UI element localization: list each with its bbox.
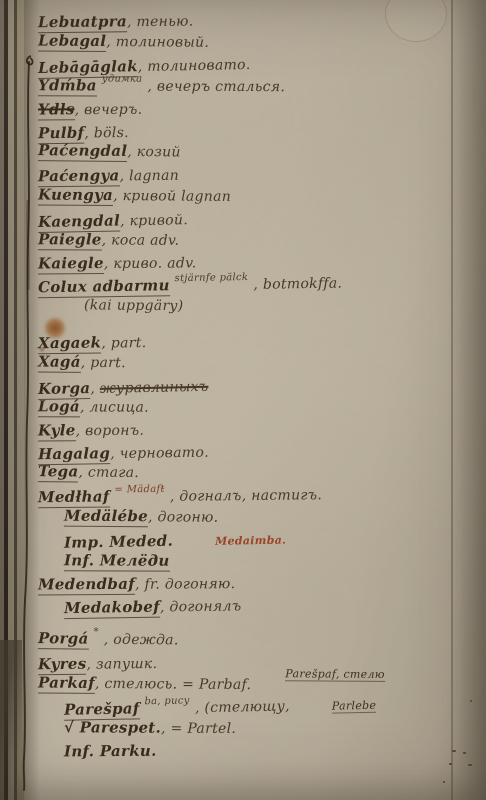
entry-gloss: fr. догоняю. bbox=[144, 576, 235, 593]
entry-gloss: böls. bbox=[94, 125, 129, 142]
separator: , bbox=[120, 213, 130, 229]
separator: , bbox=[148, 509, 158, 525]
entry-gloss: кривой lagnan bbox=[123, 188, 232, 205]
entry-headword: Logá bbox=[38, 397, 80, 417]
separator: , bbox=[81, 355, 91, 371]
manuscript-line: Medakobef, догонялъ bbox=[64, 592, 458, 620]
manuscript-photo: Lebuatpra, тенью.Lebagal, толиновый.Lebā… bbox=[0, 0, 486, 800]
entry-headword: √ Parespet. bbox=[64, 718, 161, 736]
interlinear-note: * bbox=[94, 627, 99, 638]
entry-gloss: догоню. bbox=[157, 509, 218, 525]
entry-list: Lebuatpra, тенью.Lebagal, толиновый.Lebā… bbox=[38, 10, 458, 762]
marginal-note: Parlebe bbox=[332, 699, 377, 714]
entry-headword: Ydḿba bbox=[38, 76, 97, 96]
separator: , bbox=[110, 446, 120, 462]
entry-headword: Paćengdal bbox=[38, 141, 127, 162]
separator: , bbox=[253, 277, 263, 293]
separator: , bbox=[119, 168, 129, 184]
separator: , bbox=[104, 256, 114, 272]
page-edge-curl bbox=[0, 640, 22, 800]
red-ink-note: Medaimba. bbox=[215, 534, 286, 548]
manuscript-line: Inf. Мелёди bbox=[64, 550, 458, 573]
entry-headword: Parkaf bbox=[38, 674, 95, 694]
separator: , bbox=[102, 232, 112, 248]
entry-headword: Medälébe bbox=[64, 507, 148, 528]
entry-headword: Paiegle bbox=[38, 230, 102, 250]
entry-gloss: вечеръ. bbox=[84, 102, 142, 118]
entry-headword: Kyle bbox=[38, 421, 76, 441]
separator: , bbox=[106, 34, 116, 50]
entry-headword: Tega bbox=[38, 462, 79, 482]
separator: , bbox=[127, 144, 137, 160]
manuscript-line: √ Parespet., = Partel. bbox=[64, 717, 458, 740]
entry-gloss: part. bbox=[111, 335, 147, 351]
separator: , bbox=[74, 102, 84, 118]
entry-headword: Imp. Meded. bbox=[64, 532, 173, 552]
entry-headword: Inf. Parku. bbox=[64, 742, 157, 761]
ink-speck bbox=[470, 700, 472, 702]
entry-gloss: криво. adv. bbox=[113, 255, 196, 272]
interlinear-note: удимка bbox=[102, 73, 143, 84]
interlinear-note: = Mädafŧ bbox=[114, 484, 164, 496]
entry-gloss: botmokffa. bbox=[263, 276, 343, 293]
entry-gloss: part. bbox=[90, 355, 126, 371]
entry-gloss: толиновато. bbox=[147, 57, 251, 75]
entry-gloss: догонялъ bbox=[169, 598, 241, 615]
entry-gloss: коса adv. bbox=[111, 233, 179, 249]
entry-gloss: черновато. bbox=[120, 445, 210, 462]
separator: , bbox=[78, 465, 88, 481]
entry-gloss: лисица. bbox=[89, 399, 149, 415]
separator: , bbox=[86, 657, 96, 673]
separator: , bbox=[161, 721, 171, 737]
entry-gloss: толиновый. bbox=[116, 34, 209, 51]
entry-gloss: кривой. bbox=[129, 212, 188, 229]
entry-headword: Kaiegle bbox=[38, 254, 104, 274]
entry-gloss: lagnan bbox=[129, 168, 179, 185]
entry-gloss: козий bbox=[137, 144, 181, 160]
entry-headword: Inf. Мелёди bbox=[64, 551, 170, 571]
entry-gloss: стелюсь. = Parbaf. bbox=[104, 676, 251, 693]
ink-speck bbox=[468, 764, 472, 766]
manuscript-line: Ydḿbaудимка, вечеръ сталься. bbox=[38, 75, 458, 98]
manuscript-line: Inf. Parku. bbox=[64, 739, 458, 764]
separator: , bbox=[75, 423, 85, 439]
entry-gloss: (стелющу, bbox=[204, 698, 290, 716]
entry-gloss: догналъ, настигъ. bbox=[179, 487, 322, 504]
separator: , bbox=[90, 381, 100, 397]
manuscript-line: Logá, лисица. bbox=[38, 396, 458, 419]
entry-headword: Lebagal bbox=[38, 32, 106, 52]
ink-speck bbox=[449, 763, 452, 765]
entry-gloss: стага. bbox=[88, 465, 139, 481]
entry-headword: Ydls bbox=[38, 100, 75, 120]
entry-gloss: одежда. bbox=[113, 632, 178, 649]
ink-speck bbox=[443, 781, 445, 783]
interlinear-note: ba, рису bbox=[144, 695, 190, 707]
entry-headword: Xagá bbox=[38, 353, 81, 373]
entry-headword: Kuengya bbox=[38, 186, 113, 207]
entry-gloss: тенью. bbox=[136, 14, 193, 31]
entry-gloss: (kai uppgäry) bbox=[84, 297, 184, 314]
entry-headword: Porgá bbox=[38, 629, 89, 649]
separator: , bbox=[113, 188, 123, 204]
entry-gloss: воронъ. bbox=[85, 423, 144, 439]
manuscript-line: Paiegle, коса adv. bbox=[38, 229, 458, 252]
marginal-note: Parešpaf, стелю bbox=[285, 667, 385, 682]
entry-gloss: журавлиныхъ bbox=[100, 379, 209, 397]
entry-gloss: вечеръ сталься. bbox=[157, 79, 285, 95]
separator: , bbox=[147, 79, 157, 95]
entry-headword: Medendbaf bbox=[38, 575, 135, 596]
interlinear-note: stjärnfe pälck bbox=[175, 272, 249, 284]
entry-gloss: запушк. bbox=[96, 656, 157, 673]
separator: , bbox=[84, 125, 94, 141]
entry-gloss: = Partel. bbox=[171, 721, 237, 737]
separator: , bbox=[101, 335, 111, 351]
entry-headword: Medakobef bbox=[64, 598, 160, 620]
manuscript-line: (kai uppgäry) bbox=[84, 294, 458, 319]
ink-speck bbox=[463, 752, 466, 754]
